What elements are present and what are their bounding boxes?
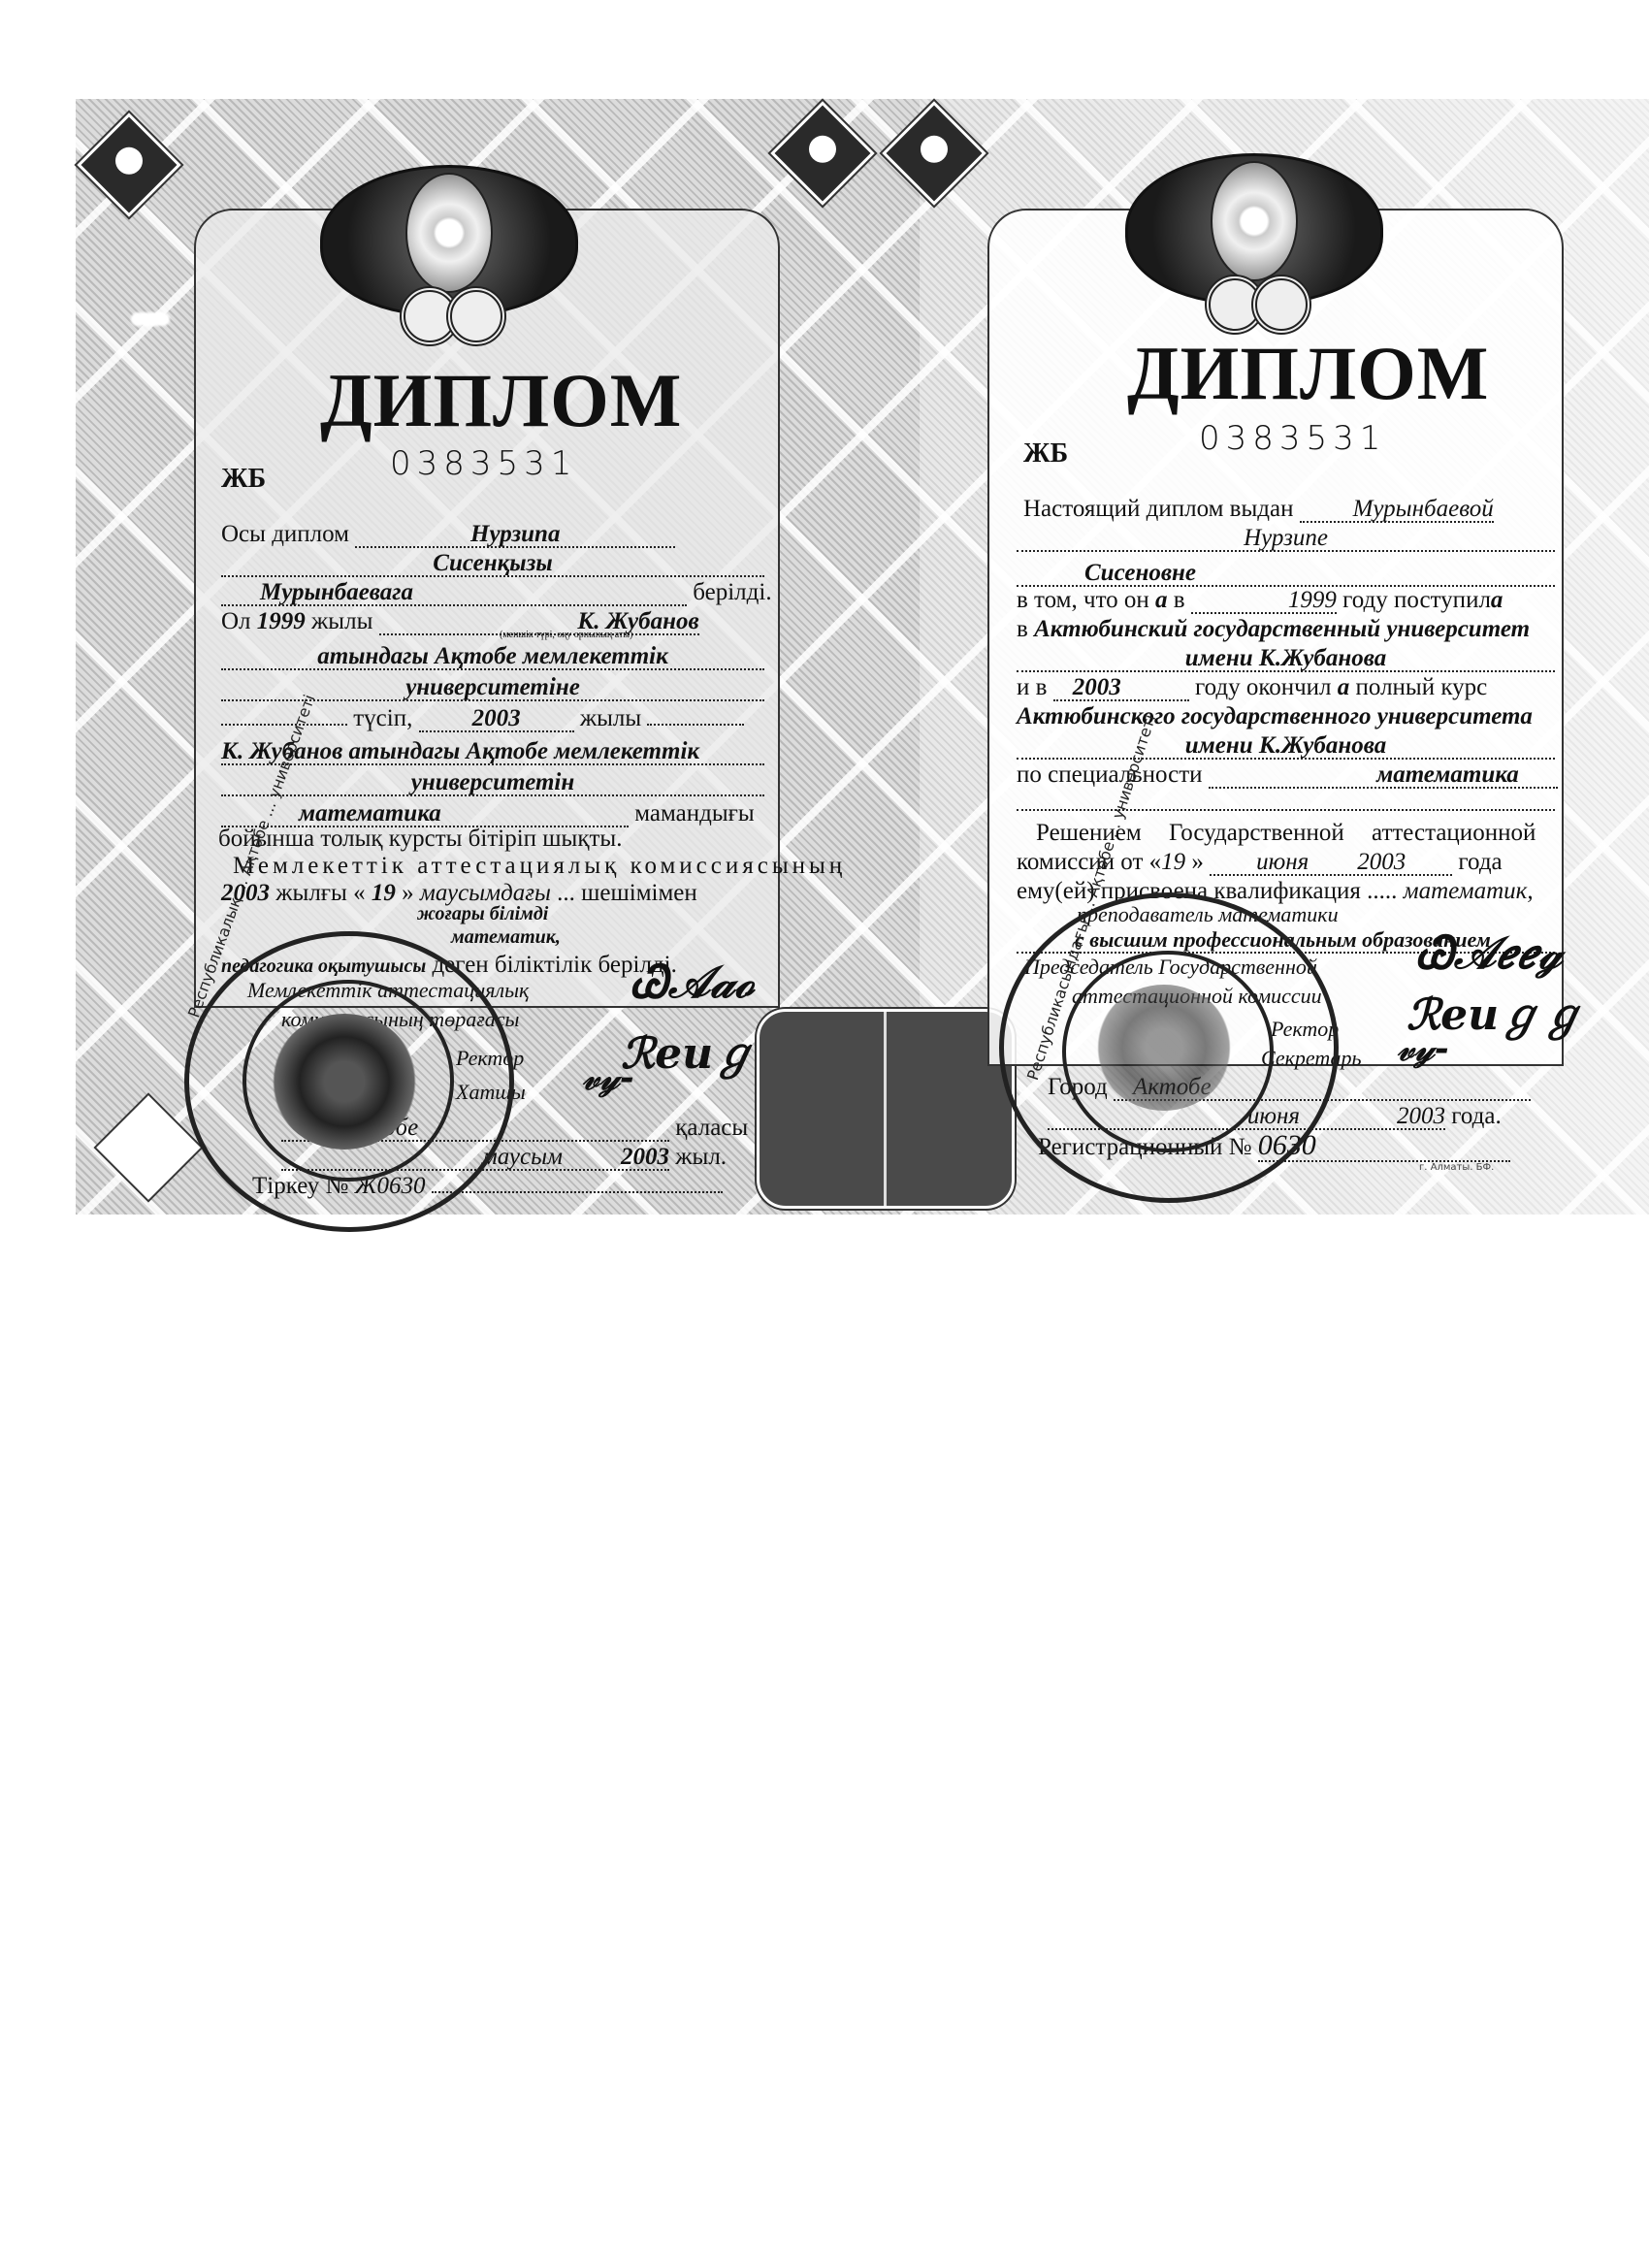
graduated-year-value: 2003 [472, 705, 521, 731]
dotted-field: математика [221, 801, 629, 827]
dotted-field: университетін [221, 770, 764, 796]
signature-secretary-right: 𝓋𝓎- [1397, 1028, 1449, 1070]
dotted-field: 2003 [1053, 675, 1189, 701]
official-stamp-left [184, 931, 514, 1232]
left-line-completed: бойынша толық курсты бітіріп шықты. [218, 826, 622, 851]
signature-secretary-left: 𝓋𝓎- [582, 1057, 634, 1099]
label: түсіп, [353, 705, 412, 731]
right-series: ЖБ [1023, 438, 1068, 470]
dotted-field [1017, 809, 1555, 811]
right-line-blank [1017, 792, 1555, 816]
left-qualification-2: математик, [451, 927, 561, 947]
label: году окончил [1195, 674, 1332, 700]
dotted-field: Нурзипе [1017, 526, 1555, 552]
left-series: ЖБ [221, 464, 266, 495]
patronymic-value: Сисеновне [1017, 560, 1196, 586]
date-year-value: 2003 [621, 1144, 669, 1170]
dotted-field: Нурзипа [355, 522, 675, 548]
printer-mark: г. Алматы. БФ. [1419, 1162, 1494, 1173]
decision-day-value: 19 [372, 880, 396, 906]
label: Настоящий диплом выдан [1023, 496, 1293, 522]
left-qualification-1: жоғары білімді [417, 904, 548, 923]
dotted-field: имени К.Жубанова [1017, 733, 1555, 760]
univ-value: атындагы Ақтобе мемлекеттік [317, 643, 668, 669]
grad-year-value: 2003 [1053, 674, 1121, 700]
label: Ол [221, 608, 251, 634]
univ-value: имени К.Жубанова [1185, 645, 1387, 671]
dotted-field [221, 724, 347, 726]
right-line-graduated: и в 2003 году окончил а полный курс [1017, 675, 1487, 701]
entered-year-value: 1999 [1288, 587, 1337, 613]
label: в том, что он [1017, 587, 1149, 613]
surname-value: Мурынбаевага [221, 579, 413, 605]
surname-value: Мурынбаевой [1353, 496, 1494, 522]
right-number: 0383531 [1199, 419, 1386, 458]
label: шешімімен [581, 880, 697, 906]
univ-value: университетіне [405, 674, 580, 700]
specialty-value: математика [1376, 761, 1519, 788]
right-line-firstname: Нурзипе [1017, 526, 1555, 552]
label: жыл. [675, 1144, 727, 1170]
label: году поступил [1342, 587, 1491, 613]
gender-suffix: а [1155, 587, 1168, 613]
label: жылғы « [275, 880, 365, 906]
univ-value: университетін [411, 769, 575, 795]
dotted-field: Мурынбаевага [221, 580, 687, 606]
dotted-field: К. Жубанов атындагы Ақтобе мемлекеттік [221, 739, 764, 765]
label: в [1174, 587, 1185, 613]
left-line-commission: Мемлекеттік аттестациялық комиссиясының [233, 854, 846, 878]
stamp-emblem-icon [1096, 985, 1232, 1111]
patronymic-value: Сисенқызы [433, 550, 552, 576]
left-line-univ2: атындагы Ақтобе мемлекеттік [221, 644, 764, 670]
left-line-specialty: математика мамандығы [221, 801, 755, 827]
first-name-value: Нурзипа [470, 521, 560, 547]
right-line-univ2: имени К.Жубанова [1017, 646, 1555, 672]
label: комиссии от « [1017, 849, 1161, 875]
emblem-disc-icon [1211, 161, 1298, 281]
right-title: ДИПЛОМ [1127, 330, 1489, 417]
univ-value: Актюбинский государственный университет [1034, 616, 1530, 642]
dotted-field: июня2003 [1210, 850, 1452, 876]
dotted-field: атындагы Ақтобе мемлекеттік [221, 644, 764, 670]
left-line-issued: Осы диплом Нурзипа [221, 522, 675, 548]
entered-year-value: 1999 [257, 608, 306, 634]
dotted-field: Сисенқызы [221, 551, 764, 577]
punch-hole [131, 312, 170, 326]
right-line-specialty: по специальности математика [1017, 762, 1558, 789]
label: Осы диплом [221, 521, 349, 547]
univ-value: Актюбинского государственного университе… [1017, 703, 1533, 729]
decision-year-value: 2003 [1357, 849, 1406, 875]
left-line-decision: 2003 жылғы « 19 » маусымдағы ... шешімім… [221, 881, 697, 905]
dotted-field: Мурынбаевой [1300, 497, 1494, 523]
dotted-field: 1999 [1191, 588, 1337, 614]
label: жылы [311, 608, 372, 634]
decision-month-value: июня [1256, 849, 1309, 875]
swirl-icon [1251, 275, 1311, 335]
dotted-field: 2003 [419, 706, 574, 732]
right-line-issued: Настоящий диплом выдан Мурынбаевой [1023, 497, 1494, 523]
first-name-value: Нурзипе [1244, 525, 1328, 551]
label: мамандығы [634, 800, 754, 826]
left-line-patronymic: Сисенқызы [221, 551, 764, 577]
label: қаласы [675, 1115, 748, 1141]
decision-month-value: маусымдағы [420, 880, 551, 906]
decision-day-value: 19 [1161, 849, 1185, 875]
label: и в [1017, 674, 1047, 700]
label: берілді. [693, 579, 771, 605]
qualification-value: математик, [1404, 878, 1534, 904]
left-line-univfull2: университетін [221, 770, 764, 796]
right-line-univgen1: Актюбинского государственного университе… [1017, 704, 1533, 729]
label: года [1458, 849, 1502, 875]
left-line-univfull1: К. Жубанов атындагы Ақтобе мемлекеттік [221, 739, 764, 765]
label: года. [1451, 1103, 1501, 1129]
label: полный курс [1356, 674, 1488, 700]
signature-chair-left: Ꮚ𝒜𝒶ℴ [630, 956, 754, 1010]
state-emblem-right [1125, 134, 1377, 318]
dotted-field [647, 724, 744, 726]
label: в [1017, 616, 1028, 642]
right-line-univgen2: имени К.Жубанова [1017, 733, 1555, 760]
label: жылы [580, 705, 641, 731]
emblem-disc-icon [405, 173, 493, 293]
dotted-field: математика [1209, 762, 1558, 789]
dotted-field: имени К.Жубанова [1017, 646, 1555, 672]
stamp-emblem-icon [272, 1014, 417, 1150]
dotted-field [432, 1191, 723, 1193]
state-emblem-left [320, 146, 572, 330]
right-line-entered: в том, что он а в 1999 году поступила [1017, 588, 1503, 614]
swirl-icon [446, 286, 506, 346]
univ-value: имени К.Жубанова [1185, 732, 1387, 759]
left-line-surname: Мурынбаевага берілді. [221, 580, 772, 606]
decorative-panel [757, 1009, 1015, 1209]
date-year-value: 2003 [1397, 1103, 1445, 1129]
right-line-patronymic: Сисеновне [1017, 561, 1555, 587]
gender-suffix: а [1338, 674, 1350, 700]
gender-suffix: а [1491, 587, 1503, 613]
left-caption: (меншік түрі, оқу орнының аты) [500, 631, 632, 640]
left-number: 0383531 [390, 444, 577, 483]
dotted-field: Сисеновне [1017, 561, 1555, 587]
left-title: ДИПЛОМ [320, 357, 682, 444]
right-line-univ1: в Актюбинский государственный университе… [1017, 617, 1530, 641]
label: по специальности [1017, 761, 1203, 788]
signature-chair-right: Ꮚ𝒜ℯℯℊ [1416, 926, 1563, 981]
